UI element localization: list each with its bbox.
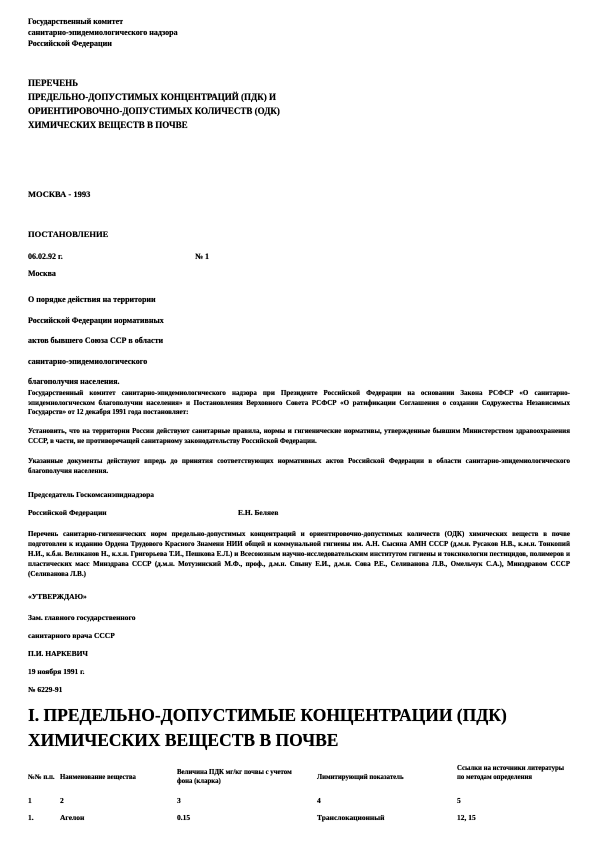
signature-name: Е.Н. Беляев: [238, 508, 278, 517]
subject-line: О порядке действия на территории: [28, 290, 328, 311]
document-title: ПЕРЕЧЕНЬ ПРЕДЕЛЬНО-ДОПУСТИМЫХ КОНЦЕНТРАЦ…: [28, 76, 280, 132]
document-title-line-2: ПРЕДЕЛЬНО-ДОПУСТИМЫХ КОНЦЕНТРАЦИЙ (ПДК) …: [28, 90, 280, 104]
resolution-paragraph-1: Государственный комитет санитарно-эпидем…: [28, 389, 570, 418]
approval-role-line-1: Зам. главного государственного: [28, 613, 135, 622]
table-header-pdk-value: Величина ПДК мг/кг почвы с учетом фона (…: [177, 769, 302, 786]
document-title-line-3: ОРИЕНТИРОВОЧНО-ДОПУСТИМЫХ КОЛИЧЕСТВ (ОДК…: [28, 104, 280, 118]
approval-number: № 6229-91: [28, 685, 62, 694]
resolution-paragraph-2: Установить, что на территории России дей…: [28, 427, 570, 446]
resolution-subject: О порядке действия на территории Российс…: [28, 290, 328, 393]
credits-paragraph: Перечень санитарно-гигиенических норм пр…: [28, 529, 570, 579]
resolution-number: № 1: [195, 252, 209, 261]
document-title-line-4: ХИМИЧЕСКИХ ВЕЩЕСТВ В ПОЧВЕ: [28, 118, 280, 132]
column-number: 4: [317, 796, 449, 805]
resolution-date: 06.02.92 г.: [28, 252, 63, 261]
resolution-paragraph-3: Указанные документы действуют впредь до …: [28, 457, 570, 476]
approval-name: П.И. НАРКЕВИЧ: [28, 649, 88, 658]
signature-role-line-2: Российской Федерации: [28, 508, 107, 517]
table-header-limiting-indicator: Лимитирующий показатель: [317, 774, 449, 783]
resolution-city: Москва: [28, 269, 56, 278]
table-row-cell-limiting-indicator: Транслокационный: [317, 813, 449, 822]
letterhead-line-1: Государственный комитет: [28, 16, 178, 27]
column-number: 2: [60, 796, 172, 805]
approval-date: 19 ноября 1991 г.: [28, 667, 85, 676]
letterhead-line-2: санитарно-эпидемиологического надзора: [28, 27, 178, 38]
table-header-references: Ссылки на источники литературы по метода…: [457, 765, 565, 782]
city-year: МОСКВА - 1993: [28, 189, 90, 199]
subject-line: Российской Федерации нормативных: [28, 311, 328, 332]
table-row-cell-references: 12, 15: [457, 813, 565, 822]
table-header-number: №№ п.п.: [28, 774, 60, 783]
document-title-line-1: ПЕРЕЧЕНЬ: [28, 76, 280, 90]
signature-role-line-1: Председатель Госкомсанэпиднадзора: [28, 490, 154, 499]
document-page: { "letterhead": { "line1": "Государствен…: [0, 0, 595, 842]
letterhead-line-3: Российской Федерации: [28, 38, 178, 49]
column-number: 1: [28, 796, 60, 805]
table-row-cell-number: 1.: [28, 813, 60, 822]
letterhead: Государственный комитет санитарно-эпидем…: [28, 16, 178, 49]
approval-role-line-2: санитарного врача СССР: [28, 631, 115, 640]
subject-line: санитарно-эпидемиологического: [28, 352, 328, 373]
approval-stamp: «УТВЕРЖДАЮ»: [28, 592, 87, 601]
section-heading: I. ПРЕДЕЛЬНО-ДОПУСТИМЫЕ КОНЦЕНТРАЦИИ (ПД…: [28, 703, 573, 753]
table-row-cell-pdk-value: 0.15: [177, 813, 302, 822]
table-row-cell-substance: Агелон: [60, 813, 172, 822]
subject-line: актов бывшего Союза ССР в области: [28, 331, 328, 352]
column-number: 5: [457, 796, 565, 805]
column-number: 3: [177, 796, 302, 805]
resolution-heading: ПОСТАНОВЛЕНИЕ: [28, 229, 108, 239]
table-header-substance: Наименование вещества: [60, 774, 172, 783]
